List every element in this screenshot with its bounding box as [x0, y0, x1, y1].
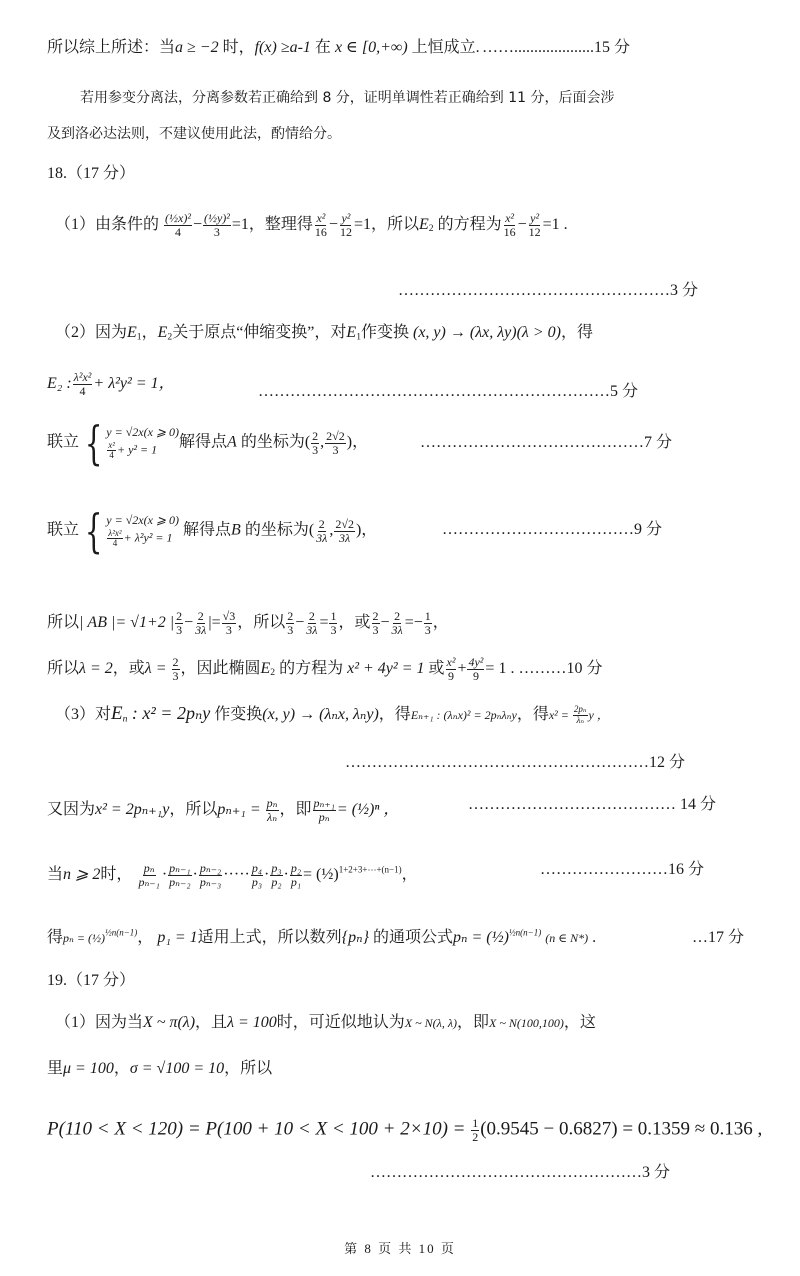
q19-header: 19.（17 分）: [47, 973, 135, 989]
text: =1，所以: [354, 216, 419, 233]
q18-product: 当n ⩾ 2时， pₙpₙ₋₁·pₙ₋₁pₙ₋₂·pₙ₋₂pₙ₋₃·····p₄…: [47, 862, 418, 888]
q18-system-a: 联立{y = √2x(x ⩾ 0)x²4+ y² = 1解得点A 的坐标为(23…: [47, 420, 368, 466]
score-3-q19: ……………………………………………3 分: [370, 1165, 670, 1181]
fraction: x²16: [314, 212, 328, 238]
transform-expr: (x, y) → (λx, λy)(λ > 0): [413, 324, 561, 341]
score-7: ……………………………………7 分: [420, 435, 672, 451]
fraction: (½x)²4: [164, 212, 192, 238]
q18-system-b: 联立{y = √2x(x ⩾ 0)λ²x²4+ λ²y² = 1 解得点B 的坐…: [47, 508, 377, 554]
score-16: ……………………16 分: [540, 862, 704, 878]
conclusion-text: 时，: [219, 39, 255, 56]
score-10: ………10 分: [518, 660, 602, 677]
fraction: x²16: [503, 212, 517, 238]
conclusion-text: 在: [311, 39, 335, 56]
q18-recurrence: 又因为x² = 2pₙ₊₁y，所以pₙ₊₁ = pₙλₙ，即pₙ₊₁pₙ= (½…: [47, 797, 399, 823]
point-a-label: A: [227, 434, 237, 451]
score-15: ……....................15 分: [482, 40, 630, 56]
q18-general-term: 得pₙ = (½)½n(n−1)， p₁ = 1适用上式，所以数列{pₙ} 的通…: [47, 930, 596, 946]
score-17: …17 分: [692, 930, 744, 946]
point-b-label: B: [231, 522, 241, 539]
q18-lambda-result: 所以λ = 2，或λ = 23，因此椭圆E2 的方程为 x² + 4y² = 1…: [47, 656, 602, 682]
score-5: …………………………………………………………5 分: [258, 384, 638, 400]
text: =1，整理得: [232, 216, 313, 233]
q17-conclusion: 所以综上所述：当a ≥ −2 时，f(x) ≥a-1 在 x ∈ [0,+∞) …: [47, 40, 480, 56]
score-14: ………………………………… 14 分: [468, 797, 716, 813]
conclusion-text: 上恒成立.: [408, 39, 480, 56]
score-3: ……………………………………………3 分: [398, 283, 698, 299]
ellipse-label: E: [419, 216, 429, 233]
fraction: (½y)²3: [203, 212, 231, 238]
q18-e2-equation: E₂ :λ²x²4+ λ²y² = 1，: [47, 371, 175, 397]
condition-expr: a ≥ −2: [175, 39, 219, 56]
score-9: ………………………………9 分: [442, 522, 662, 538]
grading-note-line2: 及到洛必达法则，不建议使用此法，酌情给分。: [47, 127, 341, 141]
q19-probability: P(110 < X < 120) = P(100 + 10 < X < 100 …: [47, 1117, 762, 1143]
score-12: …………………………………………………12 分: [345, 755, 685, 771]
q19-part1-intro: （1）因为当X ~ π(λ)，且λ = 100时，可近似地认为X ~ N(λ, …: [55, 1015, 596, 1031]
q18-header: 18.（17 分）: [47, 166, 135, 182]
q18-part1: （1）由条件的 (½x)²4−(½y)²3=1，整理得x²16−y²12=1，所…: [55, 212, 568, 238]
page-footer: 第 8 页 共 10 页: [0, 1238, 800, 1257]
q18-part3-intro: （3）对En : x² = 2pₙy 作变换(x, y) → (λₙx, λₙy…: [55, 704, 609, 725]
function-expr: f(x) ≥a-1: [255, 39, 311, 56]
part-label: （1）由条件的: [55, 216, 159, 233]
fraction: y²12: [528, 212, 542, 238]
domain-expr: x ∈ [0,+∞): [335, 39, 408, 56]
conclusion-prefix: 所以综上所述：当: [47, 39, 175, 56]
q18-part2-intro: （2）因为E1，E2关于原点“伸缩变换”，对E1作变换 (x, y) → (λx…: [55, 325, 593, 341]
grading-note-line1: 若用参变分离法，分离参数若正确给到 8 分，证明单调性若正确给到 11 分，后面…: [80, 91, 615, 105]
fraction: y²12: [339, 212, 353, 238]
q19-params: 里μ = 100，σ = √100 = 10，所以: [47, 1061, 272, 1077]
q18-ab-length: 所以| AB |= √1+2 |23−23λ|=√33，所以23−23λ=13，…: [47, 610, 449, 636]
